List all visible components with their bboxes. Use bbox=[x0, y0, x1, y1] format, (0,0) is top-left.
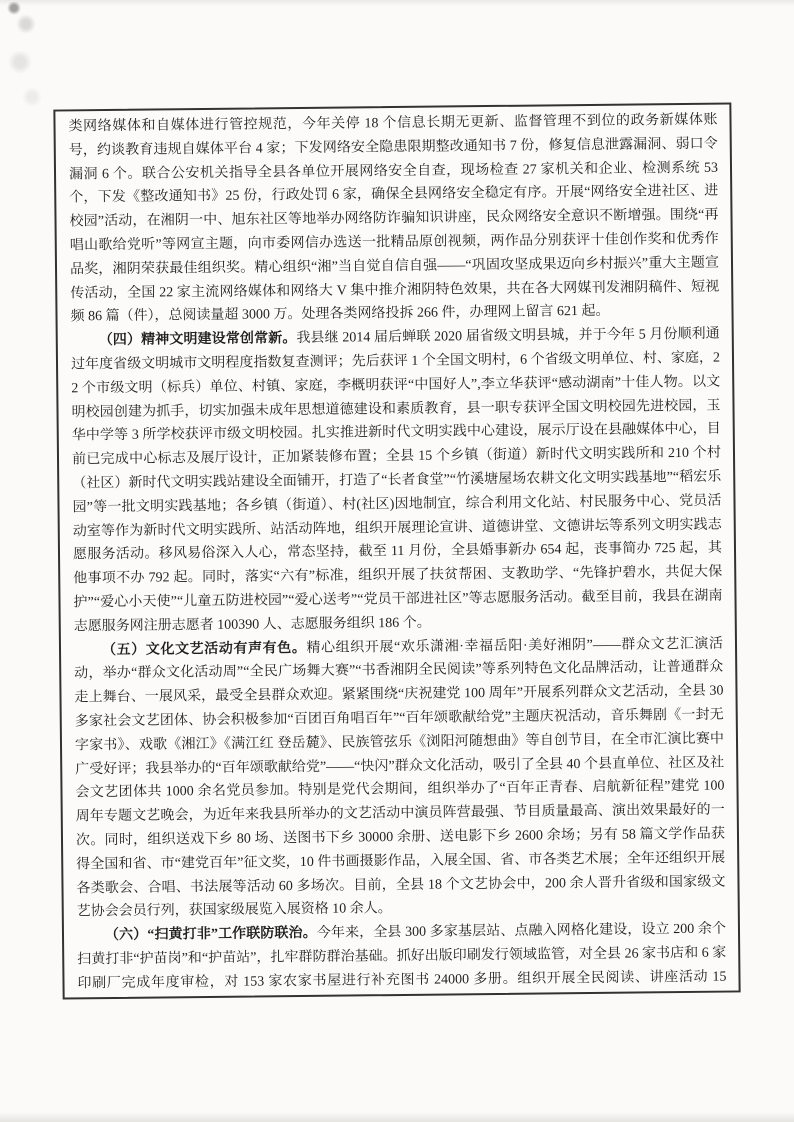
paragraph-section4: （四）精神文明建设常创常新。我县继 2014 届后蝉联 2020 届省级文明县城… bbox=[71, 323, 723, 639]
paragraph-body: 我县继 2014 届后蝉联 2020 届省级文明县城，并于今年 5 月份顺利通过… bbox=[71, 327, 723, 634]
paragraph-body: 类网络媒体和自媒体进行管控规范，今年关停 18 个信息长期无更新、监督管理不到位… bbox=[68, 113, 719, 325]
paragraph-heading: （四）精神文明建设常创常新。 bbox=[99, 331, 297, 348]
document-text-frame: 类网络媒体和自媒体进行管控规范，今年关停 18 个信息长期无更新、监督管理不到位… bbox=[53, 102, 740, 999]
paragraph-heading: （五）文化文艺活动有声有色。 bbox=[102, 640, 307, 657]
paragraph-body: 精心组织开展“欢乐潇湘·幸福岳阳·美好湘阴”——群众文艺汇演活动，举办“群众文化… bbox=[74, 636, 725, 920]
scanned-document-page: 类网络媒体和自媒体进行管控规范，今年关停 18 个信息长期无更新、监督管理不到位… bbox=[0, 0, 794, 1122]
scan-smudge bbox=[2, 2, 72, 122]
paragraph-heading: （六）“扫黄打非”工作联防联治。 bbox=[105, 926, 317, 943]
paragraph-section6: （六）“扫黄打非”工作联防联治。今年来，全县 300 多家基层站、点融入网格化建… bbox=[77, 918, 727, 1000]
paragraph-section5: （五）文化文艺活动有声有色。精心组织开展“欢乐潇湘·幸福岳阳·美好湘阴”——群众… bbox=[74, 632, 726, 924]
paragraph-section3-continuation: 类网络媒体和自媒体进行管控规范，今年关停 18 个信息长期无更新、监督管理不到位… bbox=[68, 109, 719, 330]
